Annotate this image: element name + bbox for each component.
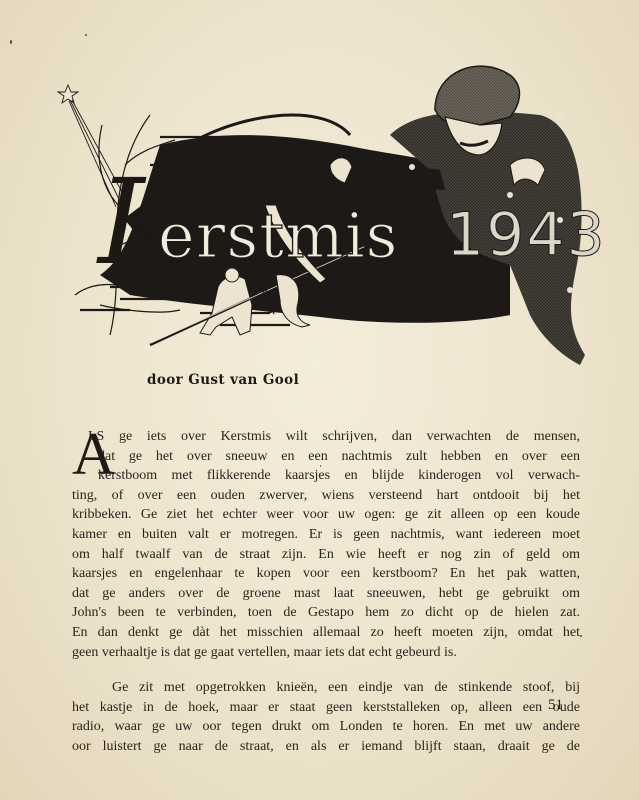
paragraph-2: Ge zit met opgetrokken knieën, een eindj… <box>72 678 580 756</box>
text-line: dat ge het over sneeuw en een nachtmis z… <box>72 447 580 467</box>
text-line: Ge zit met opgetrokken knieën, een eindj… <box>72 678 580 698</box>
text-line: kribbeken. Ge ziet het echter weer voor … <box>72 505 580 525</box>
paper-speck <box>580 635 582 637</box>
paragraph-1: A LS ge iets over Kerstmis wilt schrijve… <box>72 427 580 662</box>
header-illustration: K erstmis 1943 VERZET REDER <box>40 55 600 375</box>
text-line: oor luistert ge naar de straat, en als e… <box>72 737 580 757</box>
text-line: om half twaalf van de straat zijn. En wi… <box>72 545 580 565</box>
title-year: 1943 <box>446 205 607 265</box>
title-word-kerstmis: erstmis <box>158 205 399 267</box>
paper-speck <box>10 40 12 44</box>
text-line: het kastje in de hoek, maar er staat gee… <box>72 698 580 718</box>
text-line: En dan denkt ge dàt het misschien allema… <box>72 623 580 643</box>
text-line: radio, waar ge uw oor tegen drukt om Lon… <box>72 717 580 737</box>
text-line: John's been te verbinden, toen de Gestap… <box>72 603 580 623</box>
article-body: A LS ge iets over Kerstmis wilt schrijve… <box>72 427 580 757</box>
text-line: ting, of over een ouden zwerver, wiens v… <box>72 486 580 506</box>
author-byline: door Gust van Gool <box>147 372 299 388</box>
text-line: geen verhaaltje is dat ge gaat vertellen… <box>72 643 580 663</box>
text-line: kamer en buiten valt er motregen. Er is … <box>72 525 580 545</box>
text-line: LS ge iets over Kerstmis wilt schrijven,… <box>72 427 580 447</box>
page-number: 51 <box>548 697 563 714</box>
drop-cap: A <box>72 428 115 480</box>
artist-signature: REDER <box>376 316 404 324</box>
text-line: kerstboom met flikkerende kaarsjes en bl… <box>72 466 580 486</box>
text-line: kaarsjes en engelenhaar te kopen voor ee… <box>72 564 580 584</box>
paper-speck <box>85 34 87 36</box>
text-line: dat ge anders over de groene mast laat s… <box>72 584 580 604</box>
